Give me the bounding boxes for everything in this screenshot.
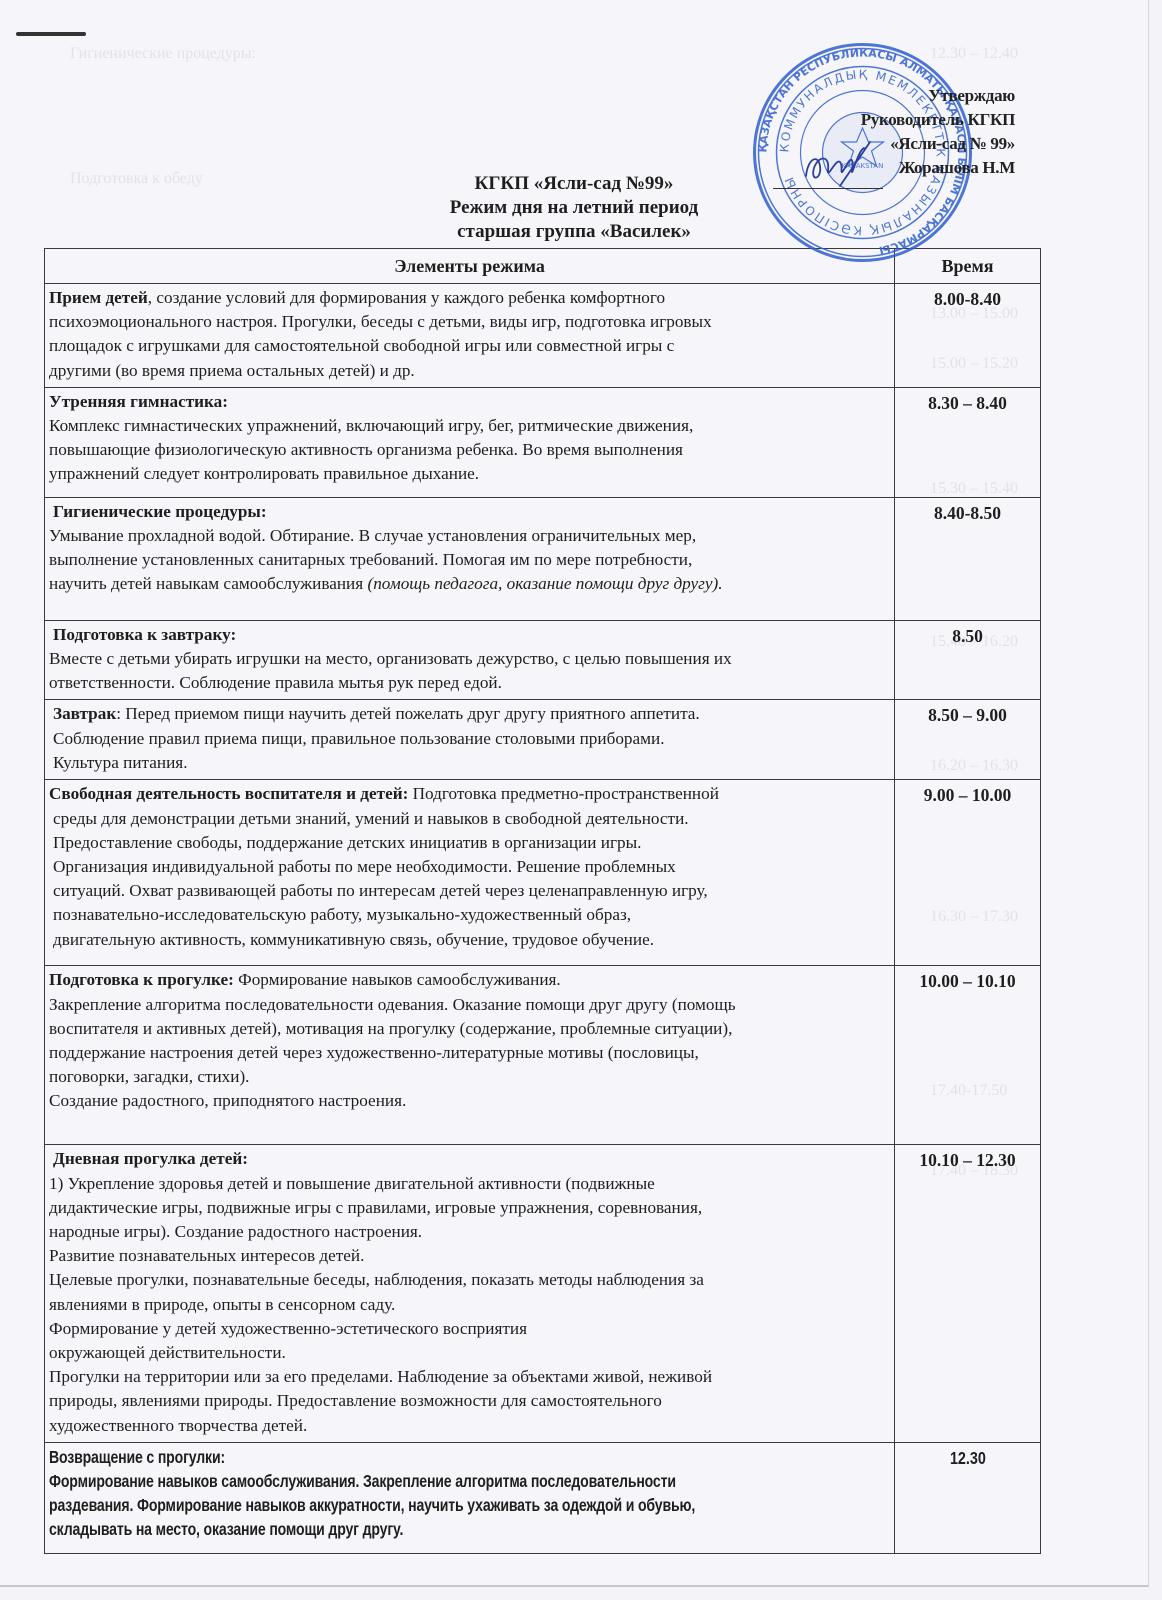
regime-element-cell: Подготовка к завтраку:Вместе с детьми уб… [45, 620, 895, 700]
description-line: природы, явлениями природы. Предоставлен… [49, 1389, 890, 1413]
regime-element-title-text: Дневная прогулка детей: [53, 1149, 248, 1168]
description-line: среды для демонстрации детьми знаний, ум… [49, 807, 890, 831]
description-line: другими (во время приема остальных детей… [49, 359, 890, 383]
description-text: : Перед приемом пищи научить детей пожел… [116, 704, 700, 723]
description-text: Прогулки на территории или за его предел… [49, 1367, 712, 1386]
signature-icon [800, 136, 880, 196]
description-text: Формирование навыков самообслуживания. З… [49, 1469, 676, 1493]
description-line: Прогулки на территории или за его предел… [49, 1365, 890, 1389]
regime-element-cell: Прием детей, создание условий для формир… [45, 284, 895, 388]
time-value: 9.00 – 10.00 [924, 785, 1012, 805]
time-cell: 8.40-8.50 [895, 497, 1041, 620]
description-text: Формирование у детей художественно-эстет… [49, 1319, 527, 1338]
regime-element-title-text: Гигиенические процедуры: [53, 502, 267, 521]
description-text: упражнений следует контролировать правил… [49, 464, 479, 483]
description-text: Вместе с детьми убирать игрушки на место… [49, 649, 732, 668]
regime-element-cell: Подготовка к прогулке: Формирование навы… [45, 966, 895, 1145]
regime-element-title: Прием детей [49, 288, 148, 307]
description-text: Целевые прогулки, познавательные беседы,… [49, 1270, 704, 1289]
table-row: Свободная деятельность воспитателя и дет… [45, 780, 1041, 966]
description-line: повышающие физиологическую активность ор… [49, 438, 890, 462]
description-text: выполнение установленных санитарных треб… [49, 550, 692, 569]
description-italic-note: (помощь педагога, оказание помощи друг д… [367, 574, 722, 593]
description-line: складывать на место, оказание помощи дру… [49, 1517, 890, 1541]
table-row: Завтрак: Перед приемом пищи научить дете… [45, 700, 1041, 780]
description-line: площадок с игрушками для самостоятельной… [49, 334, 890, 358]
description-text: явлениями в природе, опыты в сенсорном с… [49, 1295, 395, 1314]
group-name: старшая группа «Василек» [0, 220, 1148, 244]
time-value: 8.50 [952, 626, 983, 646]
approver-name: Жорашова Н.М [861, 156, 1015, 180]
time-cell: 8.50 [895, 620, 1041, 700]
document-page: 12.30 – 12.40Гигиенические процедуры:12.… [0, 0, 1149, 1587]
time-cell: 9.00 – 10.00 [895, 780, 1041, 966]
time-cell: 8.50 – 9.00 [895, 700, 1041, 780]
description-line: ситуаций. Охват развивающей работы по ин… [49, 879, 890, 903]
table-row: Прием детей, создание условий для формир… [45, 284, 1041, 388]
corner-scan-mark [16, 32, 86, 36]
description-text: 1) Укрепление здоровья детей и повышение… [49, 1174, 655, 1193]
document-title-block: КГКП «Ясли-сад №99» Режим дня на летний … [0, 172, 1148, 244]
document-subtitle: Режим дня на летний период [0, 196, 1148, 220]
description-line: Свободная деятельность воспитателя и дет… [49, 782, 890, 806]
description-text: повышающие физиологическую активность ор… [49, 440, 683, 459]
description-line: Прием детей, создание условий для формир… [49, 286, 890, 310]
time-cell: 12.30 [895, 1442, 1041, 1553]
description-line: Закрепление алгоритма последовательности… [49, 993, 890, 1017]
description-line: Создание радостного, приподнятого настро… [49, 1089, 890, 1113]
time-cell: 8.00-8.40 [895, 284, 1041, 388]
time-value: 8.40-8.50 [934, 503, 1001, 523]
approval-block: Утверждаю Руководитель КГКП «Ясли-сад № … [861, 84, 1015, 180]
daily-schedule-table: Элементы режима Время Прием детей, созда… [44, 248, 1041, 1554]
regime-element-cell: Утренняя гимнастика:Комплекс гимнастичес… [45, 387, 895, 497]
time-value: 8.50 – 9.00 [928, 705, 1007, 725]
time-value: 12.30 [950, 1446, 986, 1470]
description-line: научить детей навыкам самообслуживания (… [49, 572, 890, 596]
regime-element-title: Свободная деятельность воспитателя и дет… [49, 784, 408, 803]
time-value: 8.30 – 8.40 [928, 393, 1007, 413]
regime-element-cell: Гигиенические процедуры:Умывание прохлад… [45, 497, 895, 620]
table-row: Подготовка к завтраку:Вместе с детьми уб… [45, 620, 1041, 700]
description-line: 1) Укрепление здоровья детей и повышение… [49, 1172, 890, 1196]
description-line: выполнение установленных санитарных треб… [49, 548, 890, 572]
time-value: 10.10 – 12.30 [919, 1150, 1015, 1170]
table-row: Возвращение с прогулки:Формирование навы… [45, 1442, 1041, 1553]
description-line: Соблюдение правил приема пищи, правильно… [49, 727, 890, 751]
regime-element-cell: Свободная деятельность воспитателя и дет… [45, 780, 895, 966]
regime-element-title-text: Утренняя гимнастика: [49, 392, 228, 411]
description-text: Развитие познавательных интересов детей. [49, 1246, 364, 1265]
regime-element-cell: Завтрак: Перед приемом пищи научить дете… [45, 700, 895, 780]
regime-element-cell: Возвращение с прогулки:Формирование навы… [45, 1442, 895, 1553]
description-line: поговорки, загадки, стихи). [49, 1065, 890, 1089]
description-text: природы, явлениями природы. Предоставлен… [49, 1391, 662, 1410]
description-line: двигательную активность, коммуникативную… [49, 928, 890, 952]
regime-element-title: Завтрак [53, 704, 116, 723]
description-line: Формирование у детей художественно-эстет… [49, 1317, 890, 1341]
description-line: познавательно-исследовательскую работу, … [49, 903, 890, 927]
time-cell: 10.10 – 12.30 [895, 1145, 1041, 1442]
description-text: складывать на место, оказание помощи дру… [49, 1517, 403, 1541]
regime-element-title: Дневная прогулка детей: [49, 1147, 890, 1171]
description-text: окружающей действительности. [49, 1343, 286, 1362]
description-text: дидактические игры, подвижные игры с пра… [49, 1198, 702, 1217]
description-line: ответственности. Соблюдение правила мыть… [49, 671, 890, 695]
description-text: ответственности. Соблюдение правила мыть… [49, 673, 502, 692]
description-line: раздевания. Формирование навыков аккурат… [49, 1493, 890, 1517]
description-line: Умывание прохладной водой. Обтирание. В … [49, 524, 890, 548]
description-text: , создание условий для формирования у ка… [148, 288, 665, 307]
description-line: воспитателя и активных детей), мотивация… [49, 1017, 890, 1041]
description-line: художественного творчества детей. [49, 1414, 890, 1438]
time-cell: 10.00 – 10.10 [895, 966, 1041, 1145]
table-row: Дневная прогулка детей:1) Укрепление здо… [45, 1145, 1041, 1442]
description-line: психоэмоционального настроя. Прогулки, б… [49, 310, 890, 334]
description-line: Формирование навыков самообслуживания. З… [49, 1469, 890, 1493]
regime-element-title: Гигиенические процедуры: [49, 500, 890, 524]
description-line: Развитие познавательных интересов детей. [49, 1244, 890, 1268]
regime-element-title-text: Возвращение с прогулки: [49, 1445, 225, 1469]
description-text: художественного творчества детей. [49, 1416, 307, 1435]
description-text: Подготовка предметно-пространственной [408, 784, 719, 803]
approver-organization: «Ясли-сад № 99» [861, 132, 1015, 156]
time-value: 8.00-8.40 [934, 289, 1001, 309]
description-line: Комплекс гимнастических упражнений, вклю… [49, 414, 890, 438]
description-line: Целевые прогулки, познавательные беседы,… [49, 1268, 890, 1292]
regime-element-title: Подготовка к прогулке: [49, 970, 234, 989]
description-line: Предоставление свободы, поддержание детс… [49, 831, 890, 855]
description-line: Организация индивидуальной работы по мер… [49, 855, 890, 879]
description-text: Комплекс гимнастических упражнений, вклю… [49, 416, 693, 435]
description-line: явлениями в природе, опыты в сенсорном с… [49, 1293, 890, 1317]
table-row: Подготовка к прогулке: Формирование навы… [45, 966, 1041, 1145]
regime-element-cell: Дневная прогулка детей:1) Укрепление здо… [45, 1145, 895, 1442]
description-line: Вместе с детьми убирать игрушки на место… [49, 647, 890, 671]
approval-label: Утверждаю [861, 84, 1015, 108]
description-line: Завтрак: Перед приемом пищи научить дете… [49, 702, 890, 726]
description-text: Формирование навыков самообслуживания. [234, 970, 561, 989]
description-line: поддержание настроения детей через худож… [49, 1041, 890, 1065]
time-cell: 8.30 – 8.40 [895, 387, 1041, 497]
table-row: Гигиенические процедуры:Умывание прохлад… [45, 497, 1041, 620]
table-row: Утренняя гимнастика:Комплекс гимнастичес… [45, 387, 1041, 497]
description-text: раздевания. Формирование навыков аккурат… [49, 1493, 695, 1517]
regime-element-title: Подготовка к завтраку: [49, 623, 890, 647]
description-line: дидактические игры, подвижные игры с пра… [49, 1196, 890, 1220]
approver-position: Руководитель КГКП [861, 108, 1015, 132]
description-line: Культура питания. [49, 751, 890, 775]
description-line: народные игры). Создание радостного наст… [49, 1220, 890, 1244]
description-line: окружающей действительности. [49, 1341, 890, 1365]
time-value: 10.00 – 10.10 [919, 971, 1015, 991]
description-text: народные игры). Создание радостного наст… [49, 1222, 422, 1241]
description-text: Умывание прохладной водой. Обтирание. В … [49, 526, 696, 545]
description-line: упражнений следует контролировать правил… [49, 462, 890, 486]
description-line: Подготовка к прогулке: Формирование навы… [49, 968, 890, 992]
regime-element-title: Возвращение с прогулки: [49, 1445, 890, 1469]
show-through-text: Гигиенические процедуры: [70, 45, 256, 63]
regime-element-title: Утренняя гимнастика: [49, 390, 890, 414]
regime-element-title-text: Подготовка к завтраку: [53, 625, 236, 644]
description-text: научить детей навыкам самообслуживания [49, 574, 367, 593]
